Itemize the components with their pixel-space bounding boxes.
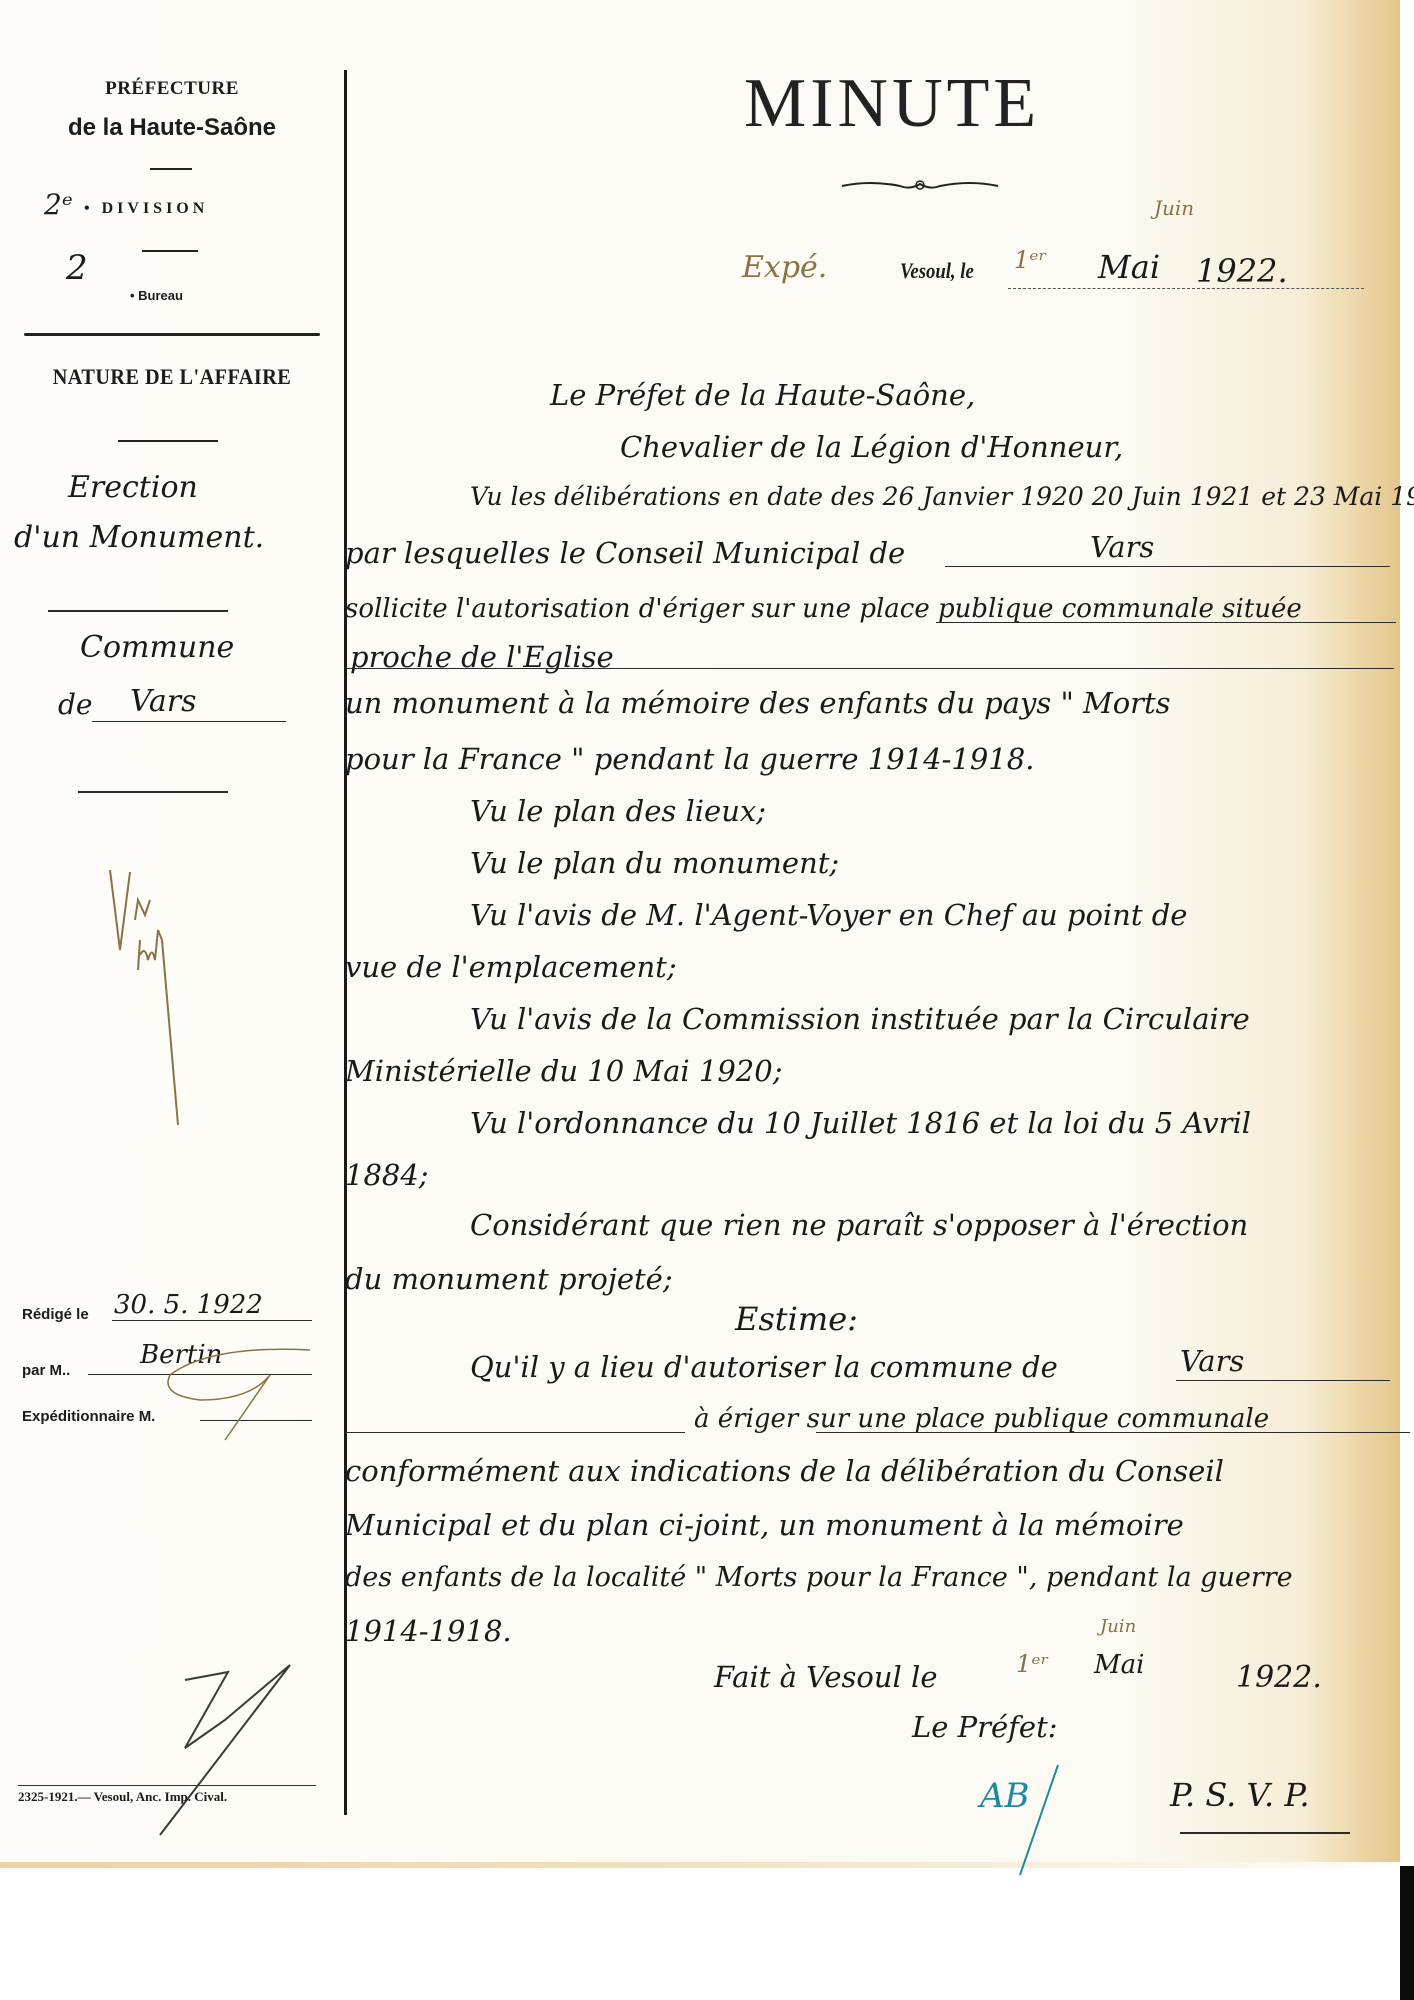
body-line: Considérant que rien ne paraît s'opposer… [470,1208,1248,1242]
fill-line [344,668,1394,669]
column-divider [344,70,347,1815]
date-fill-line [1008,288,1364,290]
affair-title-line2: d'un Monument. [14,520,264,555]
fill-line [112,1320,312,1321]
prefecture-department: de la Haute-Saône [0,114,344,142]
commune-name: Vars [130,684,197,719]
printer-imprint: 2325-1921.— Vesoul, Anc. Imp. Cival. [18,1789,227,1805]
redige-label: Rédigé le [22,1306,89,1323]
fill-line [1176,1380,1390,1381]
body-line: Vu les délibérations en date des 26 Janv… [470,482,1414,511]
body-line: conformément aux indications de la délib… [345,1454,1224,1488]
nature-heading: NATURE DE L'AFFAIRE [14,364,330,390]
document-title: MINUTE [744,64,1040,144]
expedie-mark: Expé. [742,250,827,285]
signature-underline [1180,1832,1350,1834]
commune-fill: Vars [1180,1344,1244,1378]
paper-edge [0,1862,1400,1868]
redige-date: 30. 5. 1922 [114,1290,263,1320]
body-line: Vu le plan du monument; [470,846,839,880]
body-line: des enfants de la localité " Morts pour … [345,1562,1293,1593]
scan-border [1400,1866,1414,2000]
closing-year: 1922. [1236,1660,1322,1695]
body-line: Vu l'avis de M. l'Agent-Voyer en Chef au… [470,898,1187,932]
division-number: 2ᵉ [44,188,73,221]
closing-place: Fait à Vesoul le [714,1660,938,1694]
bureau-number: 2 [66,248,88,288]
body-line: Municipal et du plan ci-joint, un monume… [345,1508,1184,1542]
paraphe-icon [100,860,220,1130]
body-line: Ministérielle du 10 Mai 1920; [345,1054,782,1088]
closing-day: 1ᵉʳ [1016,1650,1049,1678]
date-year: 1922. [1196,252,1288,290]
divider-rule [78,791,228,793]
body-line: par lesquelles le Conseil Municipal de [345,536,905,570]
commune-de: de [58,688,93,721]
division-label: • DIVISION [84,200,208,218]
affair-title-line1: Erection [68,470,198,505]
body-line: Vu le plan des lieux; [470,794,766,828]
fleuron-ornament-icon [840,176,1000,196]
divider-rule [48,610,228,612]
pencil-flourish-icon [150,1340,330,1450]
place-label: Vesoul, le [900,258,974,284]
fill-line [816,1432,1410,1433]
body-line: pour la France " pendant la guerre 1914-… [345,742,1034,776]
expeditionnaire-label: Expéditionnaire M. [22,1408,155,1425]
prefecture-heading: PRÉFECTURE [0,78,344,100]
body-line: vue de l'emplacement; [345,950,677,984]
signature-pp: P. S. V. P. [1170,1776,1310,1814]
signatory-title: Le Préfet: [912,1710,1058,1744]
par-label: par M.. [22,1362,70,1379]
body-line: 1914-1918. [345,1614,512,1648]
prefet-honour: Chevalier de la Légion d'Honneur, [620,430,1123,464]
fill-line [92,721,286,722]
body-line: un monument à la mémoire des enfants du … [345,686,1171,720]
closing-month-correction: Juin [1100,1616,1136,1637]
fill-line [945,566,1390,567]
estime-heading: Estime: [735,1300,858,1338]
body-line: 1884; [345,1158,429,1192]
body-line: Vu l'avis de la Commission instituée par… [470,1002,1250,1036]
closing-month: Mai [1094,1650,1144,1680]
commune-fill: Vars [1090,530,1154,564]
body-line: sollicite l'autorisation d'ériger sur un… [345,594,1302,624]
commune-label: Commune [80,630,234,665]
bureau-label: • Bureau [130,288,183,303]
teal-stroke-icon [1010,1760,1070,1880]
date-month: Mai [1098,248,1160,286]
paraphe-icon [140,1640,310,1840]
printer-rule [18,1785,316,1786]
ornament-rule [142,250,198,252]
divider-rule [24,333,320,336]
body-line: à ériger sur une place publique communal… [694,1404,1269,1434]
body-line: Vu l'ordonnance du 10 Juillet 1816 et la… [470,1106,1251,1140]
body-line: du monument projeté; [345,1262,673,1296]
date-month-correction: Juin [1154,196,1194,220]
fill-line [345,1432,685,1433]
date-day: 1ᵉʳ [1014,246,1047,274]
ornament-rule [118,440,218,442]
body-line: Qu'il y a lieu d'autoriser la commune de [470,1350,1058,1384]
prefet-title: Le Préfet de la Haute-Saône, [550,378,975,412]
ornament-rule [150,168,192,170]
fill-line [936,622,1396,623]
